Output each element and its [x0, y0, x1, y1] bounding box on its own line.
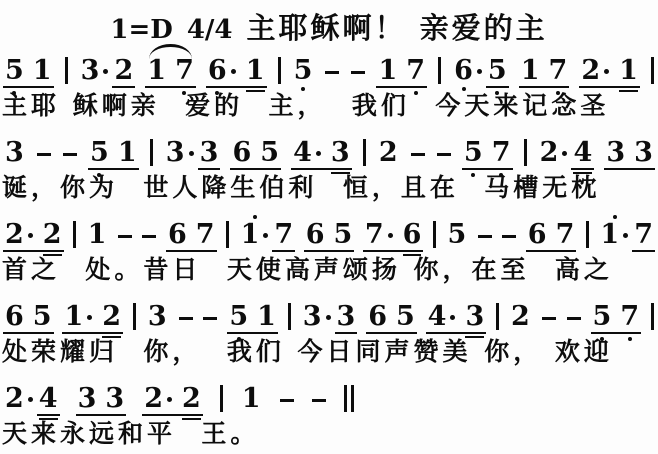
note-body: 7: [175, 58, 194, 84]
note-body: 3: [337, 304, 356, 330]
note-digit: 5: [260, 140, 279, 166]
note-body: 2: [540, 140, 569, 166]
note-group: 5: [446, 215, 467, 248]
note: 7: [175, 51, 194, 84]
note-body: 4: [293, 140, 322, 166]
beam-group: 22: [4, 215, 63, 248]
beam-group: 7: [633, 215, 654, 248]
note-body: 2: [114, 58, 133, 84]
note: 6: [306, 215, 325, 248]
octave-dot-low-icon: [600, 337, 604, 341]
note-digit: 1: [64, 304, 83, 330]
music-line: 2216717657656717: [0, 204, 658, 248]
beam-group: 51: [228, 297, 277, 330]
note-digit: 3: [200, 140, 219, 166]
note-digit: 6: [528, 222, 547, 248]
note-digit: 7: [274, 222, 293, 248]
octave-dot-low-icon: [97, 173, 101, 177]
note: 3: [81, 51, 110, 84]
note: 6: [232, 133, 251, 166]
octave-dot-low-icon: [414, 91, 418, 95]
note-body: 1: [64, 304, 93, 330]
barline: [344, 385, 347, 412]
note-body: 5: [593, 304, 612, 330]
music-line: 3513365432572433: [0, 122, 658, 166]
note-digit: 1: [521, 58, 540, 84]
note-digit: 1: [619, 58, 638, 84]
note-digit: 3: [166, 140, 185, 166]
duration-dash: [37, 153, 51, 156]
note-digit: 2: [114, 58, 133, 84]
note-digit: 7: [556, 222, 575, 248]
note: 1: [246, 51, 265, 84]
note-digit: 2: [379, 140, 398, 166]
note-digit: 3: [81, 58, 100, 84]
beam-group: 12: [63, 297, 122, 330]
barline: [351, 385, 354, 412]
music-line: 2433221: [0, 368, 658, 412]
barline: [150, 139, 153, 166]
lyric-line: 主耶 稣啊亲 爱的 主， 我们 今天来记念圣: [0, 84, 658, 122]
duration-dash: [567, 317, 581, 320]
note-body: 7: [620, 304, 639, 330]
barline: [133, 303, 136, 330]
augmentation-dot-icon: [28, 233, 33, 238]
title-row: 1=D 4/4 主耶稣啊！ 亲爱的主: [0, 0, 658, 40]
note-cluster: 32: [80, 51, 135, 84]
note-digit: 5: [447, 222, 466, 248]
note-body: 3: [148, 304, 167, 330]
duration-dash: [502, 235, 516, 238]
note-body: 7: [196, 222, 215, 248]
duration-dash: [203, 317, 217, 320]
note-digit: 5: [593, 304, 612, 330]
beam-group: 17: [377, 51, 426, 84]
beam-group: 33: [605, 133, 654, 166]
note: 1: [241, 215, 270, 248]
note-digit: 3: [105, 386, 124, 412]
note-digit: 6: [168, 222, 187, 248]
note-group: 3: [4, 133, 25, 166]
augmentation-dot-icon: [231, 69, 236, 74]
note-digit: 7: [175, 58, 194, 84]
note: 6: [5, 297, 24, 330]
augmentation-dot-icon: [28, 397, 33, 402]
note-body: 1: [619, 58, 638, 84]
augmentation-dot-icon: [103, 69, 108, 74]
note-body: 6: [306, 222, 325, 248]
beam-group: 33: [77, 379, 126, 412]
note-body: 1: [147, 58, 166, 84]
augmentation-dot-icon: [604, 69, 609, 74]
barline: [65, 57, 68, 84]
note-digit: 3: [148, 304, 167, 330]
note: 2: [182, 379, 201, 412]
note-body: 3: [78, 386, 97, 412]
note: 2: [5, 379, 34, 412]
note-digit: 4: [39, 386, 58, 412]
octave-dot-low-icon: [628, 337, 632, 341]
note-digit: 3: [5, 140, 24, 166]
note-group: 3: [147, 297, 168, 330]
note-body: 1: [521, 58, 540, 84]
note-cluster: 65: [453, 51, 508, 84]
note-digit: 1: [378, 58, 397, 84]
beam-group: 7: [273, 215, 294, 248]
note: 2: [114, 51, 133, 84]
beam-group: 43: [292, 133, 351, 166]
song-title: 主耶稣啊！ 亲爱的主: [247, 6, 548, 47]
note-body: 6: [208, 58, 237, 84]
note-digit: 5: [294, 58, 313, 84]
note-body: 6: [454, 58, 483, 84]
note-digit: 1: [600, 222, 619, 248]
note-body: 5: [5, 58, 24, 84]
beam-group: 21: [580, 51, 639, 84]
duration-dash: [351, 71, 365, 74]
duration-dash: [437, 153, 451, 156]
note-group: 3: [165, 133, 196, 166]
note-body: 1: [118, 140, 137, 166]
octave-dot-low-icon: [556, 91, 560, 95]
note-digit: 3: [337, 304, 356, 330]
note-digit: 5: [334, 222, 353, 248]
note-digit: 7: [634, 222, 653, 248]
note: 3: [303, 297, 332, 330]
note: 3: [465, 297, 484, 330]
note: 1: [600, 215, 629, 248]
note: 7: [274, 215, 293, 248]
note-body: 1: [241, 222, 270, 248]
barline: [220, 385, 223, 412]
note: 5: [488, 51, 507, 84]
beam-group: 2: [113, 51, 134, 84]
note: 7: [406, 51, 425, 84]
augmentation-dot-icon: [450, 315, 455, 320]
barline: [278, 57, 281, 84]
note: 1: [147, 51, 166, 84]
note-digit: 3: [303, 304, 322, 330]
note-digit: 1: [118, 140, 137, 166]
note-body: 1: [242, 386, 261, 412]
note-body: 2: [5, 386, 34, 412]
barline: [524, 139, 527, 166]
note-body: 5: [33, 304, 52, 330]
note-body: 6: [368, 304, 387, 330]
note-body: 2: [511, 304, 530, 330]
note: 7: [549, 51, 568, 84]
note: 1: [257, 297, 276, 330]
note-group: 1: [240, 215, 271, 248]
note-digit: 7: [620, 304, 639, 330]
note-body: 3: [81, 58, 110, 84]
beam-group: 65: [305, 215, 354, 248]
augmentation-dot-icon: [167, 397, 172, 402]
augmentation-dot-icon: [316, 151, 321, 156]
note-digit: 1: [242, 386, 261, 412]
note-digit: 7: [406, 58, 425, 84]
note-digit: 5: [90, 140, 109, 166]
beam-group: 3: [336, 297, 357, 330]
note-cluster: 24: [539, 133, 594, 166]
note: 2: [5, 215, 34, 248]
augmentation-dot-icon: [87, 315, 92, 320]
note: 7: [556, 215, 575, 248]
note-body: 7: [492, 140, 511, 166]
note-digit: 5: [464, 140, 483, 166]
note-body: 7: [365, 222, 394, 248]
note-digit: 6: [208, 58, 227, 84]
duration-dash: [179, 317, 193, 320]
note-digit: 1: [241, 222, 260, 248]
note: 7: [365, 215, 394, 248]
duration-dash: [411, 153, 425, 156]
beam-group: 61: [207, 51, 266, 84]
note-digit: 3: [606, 140, 625, 166]
note-digit: 2: [511, 304, 530, 330]
beam-group: 57: [463, 133, 512, 166]
beam-group: 65: [367, 297, 416, 330]
note: 6: [454, 51, 483, 84]
note: 1: [64, 297, 93, 330]
augmentation-dot-icon: [623, 233, 628, 238]
note: 5: [447, 215, 466, 248]
note: 3: [78, 379, 97, 412]
note-body: 1: [33, 58, 52, 84]
beam-group: 76: [364, 215, 423, 248]
note-body: 1: [246, 58, 265, 84]
note-body: 5: [447, 222, 466, 248]
note-body: 1: [88, 222, 107, 248]
note: 5: [593, 297, 612, 330]
note-digit: 5: [396, 304, 415, 330]
note-digit: 1: [147, 58, 166, 84]
note-body: 6: [232, 140, 251, 166]
note-body: 6: [403, 222, 422, 248]
note-group: 2: [510, 297, 531, 330]
octave-dot-low-icon: [301, 87, 305, 91]
octave-dot-low-icon: [182, 91, 186, 95]
note-digit: 7: [365, 222, 384, 248]
note: 6: [528, 215, 547, 248]
beam-group: 57: [592, 297, 641, 330]
note-cluster: 17: [599, 215, 654, 248]
note-body: 4: [573, 140, 592, 166]
note: 5: [334, 215, 353, 248]
note-body: 2: [43, 222, 62, 248]
note-body: 5: [464, 140, 483, 166]
note-body: 5: [294, 58, 313, 84]
augmentation-dot-icon: [388, 233, 393, 238]
duration-dash: [325, 71, 339, 74]
note-group: 5: [293, 51, 314, 84]
octave-dot-low-icon: [12, 91, 16, 95]
note-body: 7: [556, 222, 575, 248]
note-body: 2: [581, 58, 610, 84]
note: 1: [88, 215, 107, 248]
note-body: 6: [528, 222, 547, 248]
note-body: 3: [303, 304, 332, 330]
note-body: 7: [634, 222, 653, 248]
note-body: 6: [168, 222, 187, 248]
barline: [363, 139, 366, 166]
barline: [73, 221, 76, 248]
note: 1: [521, 51, 540, 84]
time-signature: 4/4: [187, 15, 233, 45]
note: 4: [573, 133, 592, 166]
note-digit: 2: [144, 386, 163, 412]
note-body: 7: [549, 58, 568, 84]
note-body: 5: [396, 304, 415, 330]
note: 5: [90, 133, 109, 166]
beam-group: 17: [520, 51, 569, 84]
note: 3: [634, 133, 653, 166]
note-digit: 5: [5, 58, 24, 84]
note-group: 1: [87, 215, 108, 248]
note: 3: [166, 133, 195, 166]
key-signature: 1=D: [110, 15, 172, 45]
note: 3: [148, 297, 167, 330]
beam-group: 51: [89, 133, 138, 166]
note: 4: [428, 297, 457, 330]
note-cluster: 33: [165, 133, 220, 166]
note-group: 1: [599, 215, 630, 248]
note-digit: 3: [634, 140, 653, 166]
note: 1: [619, 51, 638, 84]
barline: [651, 57, 654, 84]
octave-dot-low-icon: [499, 173, 503, 177]
note-digit: 5: [33, 304, 52, 330]
note-digit: 2: [581, 58, 600, 84]
barline: [586, 221, 589, 248]
note-body: 7: [274, 222, 293, 248]
note-group: 2: [4, 379, 35, 412]
note-body: 3: [634, 140, 653, 166]
duration-dash: [312, 399, 326, 402]
note: 7: [620, 297, 639, 330]
duration-dash: [542, 317, 556, 320]
note-body: 3: [5, 140, 24, 166]
note-digit: 1: [257, 304, 276, 330]
duration-dash: [280, 399, 294, 402]
note-digit: 1: [33, 58, 52, 84]
note-digit: 3: [78, 386, 97, 412]
note: 5: [260, 133, 279, 166]
note-body: 5: [488, 58, 507, 84]
note-digit: 6: [454, 58, 473, 84]
note-digit: 2: [43, 222, 62, 248]
note: 7: [492, 133, 511, 166]
octave-dot-low-icon: [471, 173, 475, 177]
note: 3: [105, 379, 124, 412]
beam-group: 67: [167, 215, 216, 248]
beam-group: 65: [4, 297, 53, 330]
barline: [433, 221, 436, 248]
note-digit: 7: [492, 140, 511, 166]
lyric-line: 处荣耀归 你， 我们 今日同声赞美 你， 欢迎: [0, 330, 658, 368]
note: 7: [634, 215, 653, 248]
note-digit: 3: [331, 140, 350, 166]
note: 5: [229, 297, 248, 330]
note-body: 5: [229, 304, 248, 330]
note: 4: [293, 133, 322, 166]
note: 4: [39, 379, 58, 412]
note-body: 6: [5, 304, 24, 330]
slur-beam-group: 17: [146, 51, 195, 84]
note-digit: 6: [232, 140, 251, 166]
note: 3: [200, 133, 219, 166]
note: 2: [511, 297, 530, 330]
note-group: 3: [80, 51, 111, 84]
beam-group: 22: [143, 379, 202, 412]
beam-group: 3: [199, 133, 220, 166]
beam-group: 4: [38, 379, 59, 412]
note-group: 6: [453, 51, 484, 84]
score: 51321761517651721主耶 稣啊亲 爱的 主， 我们 今天来记念圣3…: [0, 40, 658, 450]
lyric-line: 天来永远和平 王。: [0, 412, 658, 450]
note-body: 3: [606, 140, 625, 166]
note: 1: [242, 379, 261, 412]
octave-dot-low-icon: [495, 91, 499, 95]
lyric-line: 首之 处。昔日 天使高声颂扬 你，在至 高之: [0, 248, 658, 286]
augmentation-dot-icon: [477, 69, 482, 74]
note: 3: [331, 133, 350, 166]
barline: [651, 303, 654, 330]
note: 5: [294, 51, 313, 84]
note-digit: 6: [5, 304, 24, 330]
beam-group: 5: [487, 51, 508, 84]
note-group: 2: [378, 133, 399, 166]
augmentation-dot-icon: [562, 151, 567, 156]
note-digit: 2: [5, 222, 24, 248]
note: 2: [144, 379, 173, 412]
note: 5: [396, 297, 415, 330]
note-digit: 5: [488, 58, 507, 84]
barline: [496, 303, 499, 330]
final-barline: [344, 385, 354, 412]
note-digit: 2: [5, 386, 24, 412]
note-body: 5: [90, 140, 109, 166]
note: 3: [337, 297, 356, 330]
duration-dash: [63, 153, 77, 156]
hymn-sheet: 1=D 4/4 主耶稣啊！ 亲爱的主 51321761517651721主耶 稣…: [0, 0, 658, 454]
music-line: 6512351336543257: [0, 286, 658, 330]
note: 7: [196, 215, 215, 248]
augmentation-dot-icon: [326, 315, 331, 320]
note-cluster: 24: [4, 379, 59, 412]
duration-dash: [478, 235, 492, 238]
note-digit: 4: [573, 140, 592, 166]
octave-dot-low-icon: [462, 87, 466, 91]
note-digit: 4: [293, 140, 312, 166]
note-body: 2: [144, 386, 173, 412]
barline: [226, 221, 229, 248]
barline: [288, 303, 291, 330]
note-cluster: 17: [240, 215, 295, 248]
note-body: 4: [39, 386, 58, 412]
note-digit: 5: [229, 304, 248, 330]
note-body: 1: [257, 304, 276, 330]
note: 6: [368, 297, 387, 330]
note-body: 5: [260, 140, 279, 166]
barline: [438, 57, 441, 84]
note-digit: 7: [549, 58, 568, 84]
note: 5: [33, 297, 52, 330]
note-digit: 6: [368, 304, 387, 330]
octave-dot-low-icon: [237, 337, 241, 341]
note-group: 3: [302, 297, 333, 330]
note-digit: 7: [196, 222, 215, 248]
